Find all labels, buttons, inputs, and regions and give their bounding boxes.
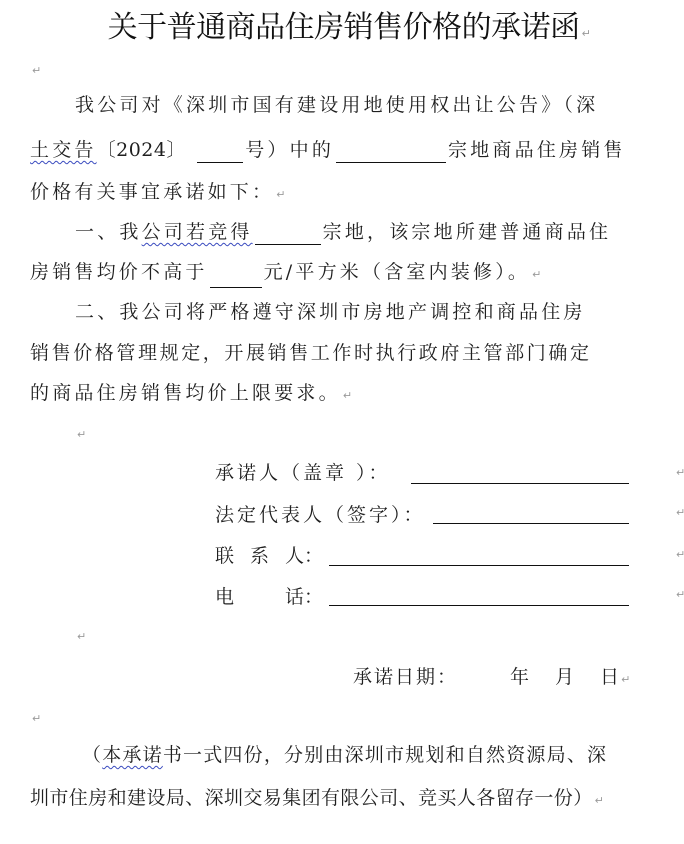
signature-row-legal-rep: 法定代表人（签字）： <box>215 502 426 528</box>
company-seal-field[interactable] <box>411 483 629 484</box>
paragraph-mark-icon: ↵ <box>676 466 684 479</box>
paragraph-mark-icon: ↵ <box>676 506 684 519</box>
spelling-flag[interactable]: 本承诺 <box>102 744 163 766</box>
commitment-date: 承诺日期：年月日↵ <box>353 664 630 693</box>
intro-line-1: 我公司对《深圳市国有建设用地使用权出让公告》（深 <box>75 92 675 118</box>
legal-rep-signature-field[interactable] <box>433 523 629 524</box>
item2-line-2: 销售价格管理规定，开展销售工作时执行政府主管部门确定 <box>30 340 630 366</box>
phone-field[interactable] <box>329 605 629 606</box>
date-month: 月 <box>555 664 574 690</box>
paragraph-mark-icon: ↵ <box>32 64 41 77</box>
parcel-won-blank[interactable] <box>255 224 321 245</box>
spelling-flag[interactable]: 土交告 <box>30 139 97 161</box>
paragraph-mark-icon: ↵ <box>582 14 591 54</box>
paragraph-mark-icon: ↵ <box>276 182 288 208</box>
paragraph-mark-icon: ↵ <box>77 630 86 643</box>
paragraph-mark-icon: ↵ <box>32 712 41 725</box>
paragraph-mark-icon: ↵ <box>621 667 630 693</box>
item-text: 元/平方米（含室内装修）。 <box>264 261 531 283</box>
parcel-number-blank[interactable] <box>336 142 446 163</box>
intro-text: 宗地商品住房销售 <box>448 139 626 161</box>
paragraph-mark-icon: ↵ <box>676 588 684 601</box>
year-code: 〔2024〕 <box>97 139 186 161</box>
note-line-1: （本承诺书一式四份，分别由深圳市规划和自然资源局、深 <box>82 742 607 768</box>
item-text: 我 <box>119 221 141 243</box>
title-text: 关于普通商品住房销售价格的承诺函 <box>108 10 580 45</box>
item-text: 房销售均价不高于 <box>30 261 208 283</box>
signature-row-contact: 联系人： <box>215 543 323 569</box>
intro-line-3: 价格有关事宜承诺如下：↵ <box>30 179 630 208</box>
date-day: 日 <box>600 664 619 690</box>
document-title: 关于普通商品住房销售价格的承诺函↵ <box>0 8 684 54</box>
item2-line-1: 二、我公司将严格遵守深圳市房地产调控和商品住房 <box>75 299 675 325</box>
signature-label: 法定代表人（签字）： <box>215 504 426 526</box>
price-blank[interactable] <box>210 267 262 288</box>
note-text: 书一式四份，分别由深圳市规划和自然资源局、深 <box>163 744 607 766</box>
item1-line-2: 房销售均价不高于元/平方米（含室内装修）。↵ <box>30 259 630 288</box>
paragraph-mark-icon: ↵ <box>532 262 544 288</box>
signature-row-company: 承诺人（盖章 ）： <box>215 460 391 486</box>
item2-line-3: 的商品住房销售均价上限要求。↵ <box>30 380 630 409</box>
note-text: 圳市住房和建设局、深圳交易集团有限公司、竞买人各留存一份） <box>30 787 593 809</box>
note-text: （ <box>82 744 102 766</box>
item-prefix: 一、 <box>75 221 119 243</box>
paragraph-mark-icon: ↵ <box>343 383 355 409</box>
note-line-2: 圳市住房和建设局、深圳交易集团有限公司、竞买人各留存一份）↵ <box>30 785 604 814</box>
paragraph-mark-icon: ↵ <box>595 788 605 814</box>
item1-line-1: 一、我公司若竞得宗地，该宗地所建普通商品住 <box>75 219 675 245</box>
announcement-number-blank[interactable] <box>197 142 243 163</box>
intro-line-2: 土交告〔2024〕 号）中的宗地商品住房销售 <box>30 137 630 163</box>
date-year: 年 <box>510 664 529 690</box>
contact-person-field[interactable] <box>329 565 629 566</box>
paragraph-mark-icon: ↵ <box>676 548 684 561</box>
paragraph-mark-icon: ↵ <box>77 428 86 441</box>
spelling-flag[interactable]: 公司若竞得 <box>142 221 253 243</box>
item-text: 的商品住房销售均价上限要求。 <box>30 382 341 404</box>
signature-row-phone: 电话： <box>215 584 323 610</box>
intro-text: 价格有关事宜承诺如下： <box>30 181 274 203</box>
intro-text: 号）中的 <box>245 139 334 161</box>
date-label: 承诺日期： <box>353 664 458 690</box>
item-text: 宗地，该宗地所建普通商品住 <box>323 221 612 243</box>
signature-label: 承诺人（盖章 ）： <box>215 462 391 484</box>
